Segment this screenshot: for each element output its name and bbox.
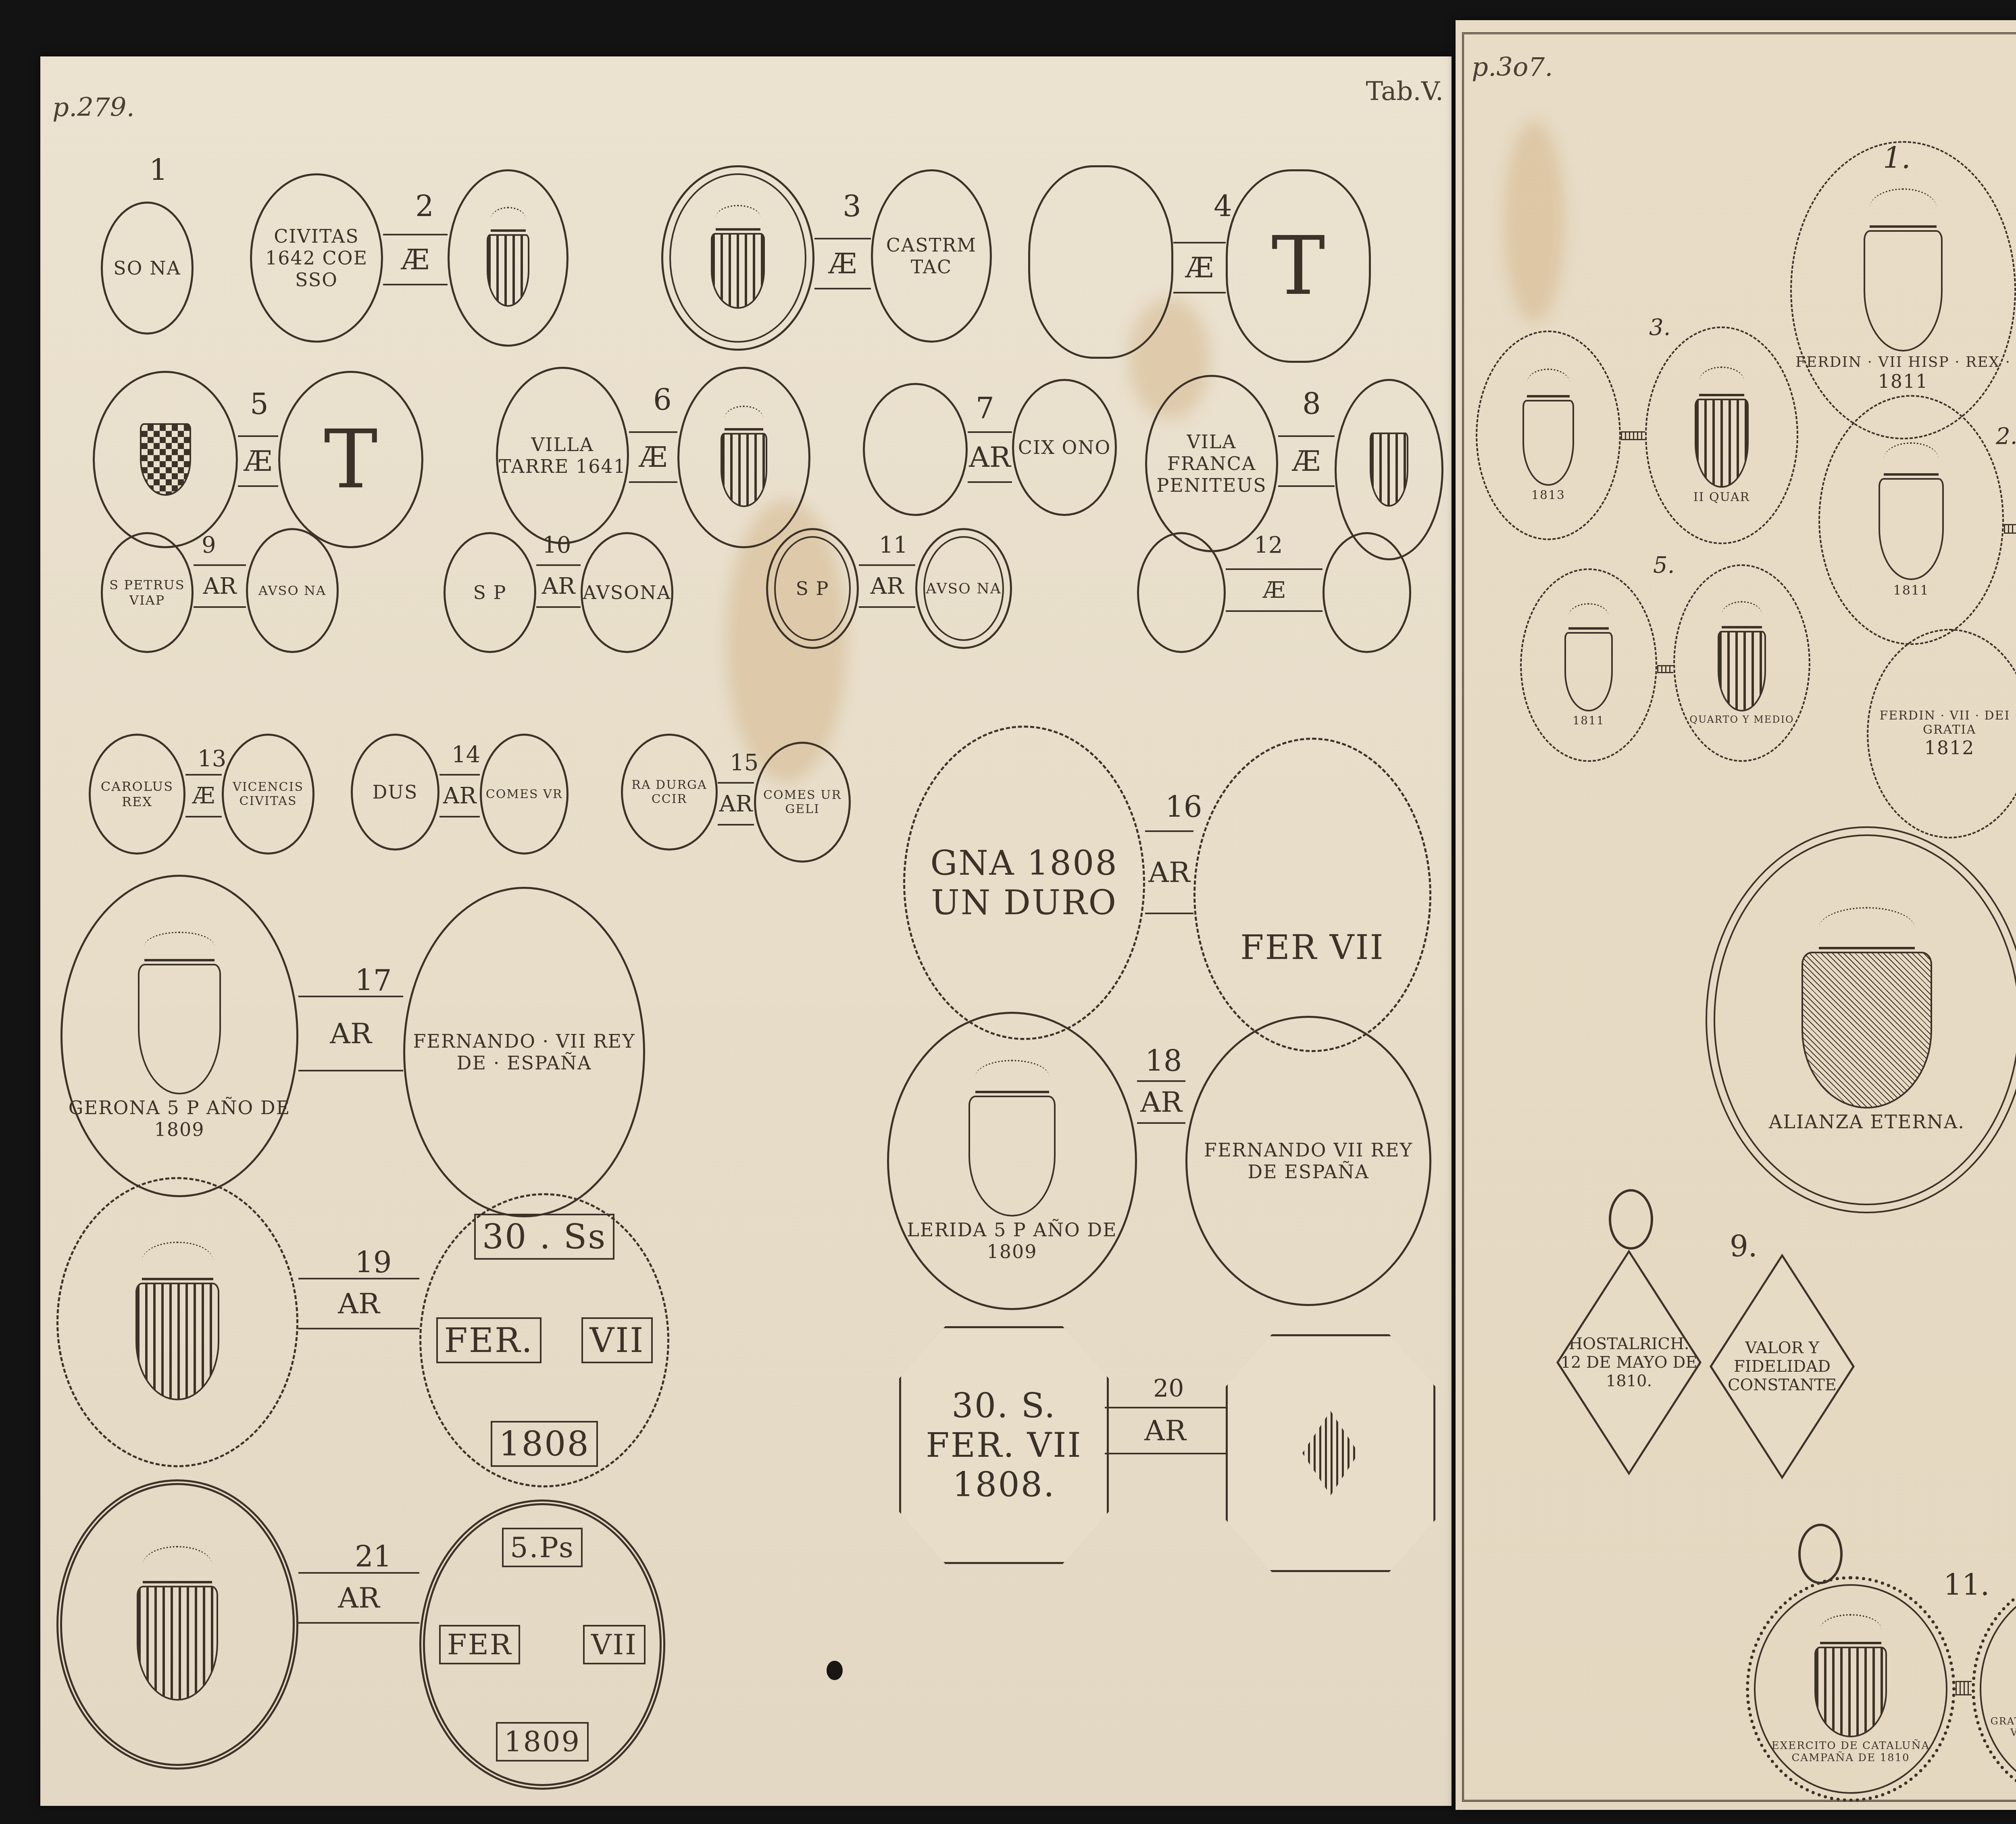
metal-bridge: Æ	[383, 234, 448, 285]
coin-5-reverse: T	[278, 371, 423, 548]
coin-11-reverse: AVSO NA	[915, 528, 1012, 649]
coin-11-obverse: S P	[766, 528, 859, 649]
coin-21-reverse: 5.Ps FERVII 1809	[419, 1500, 665, 1790]
coin-18-reverse: FERNANDO VII REY DE ESPAÑA	[1185, 1016, 1431, 1306]
coin-13-obverse: CAROLUS REX	[89, 734, 185, 855]
coin-6-reverse	[677, 367, 810, 548]
left-plate-sheet: p.279. Tab.V. 1 SO NA CIVITAS 1642 COE S…	[40, 56, 1452, 1806]
coin-1: SO NA	[101, 202, 194, 335]
item-number: 1	[149, 153, 168, 187]
item-number: 5	[250, 387, 269, 421]
item-number: 15	[730, 750, 758, 776]
coin-3-obverse	[661, 165, 814, 351]
medal-2-obverse: 1811	[1818, 395, 2004, 645]
item-number: 3	[843, 189, 861, 223]
coin-link	[2004, 524, 2016, 534]
coin-6-obverse: VILLA TARRE 1641	[496, 367, 629, 544]
coin-link	[1657, 665, 1673, 673]
item-number: 17	[355, 963, 392, 997]
item-number: 6	[653, 383, 672, 417]
coin-3-reverse: CASTRM TAC	[871, 169, 992, 343]
item-number: 18	[1145, 1044, 1182, 1078]
coin-17-reverse: FERNANDO · VII REY DE · ESPAÑA	[403, 887, 645, 1217]
medal-8-obverse: ALIANZA ETERNA.	[1706, 826, 2016, 1213]
item-number: 14	[452, 742, 480, 768]
medal-3-obverse: 1813	[1476, 331, 1621, 540]
metal-bridge: Æ	[1173, 242, 1226, 293]
item-number: 13	[198, 746, 226, 772]
coin-17-obverse: GERONA 5 P AÑO DE 1809	[60, 875, 298, 1197]
item-number: 3.	[1649, 314, 1670, 341]
coin-15-obverse: RA DURGA CCIR	[621, 734, 718, 851]
paper-hole	[827, 1661, 843, 1680]
medal-5-obverse: 1811	[1520, 568, 1657, 762]
medal-3-reverse: II QUAR	[1645, 327, 1798, 544]
item-number: 5.	[1653, 552, 1674, 578]
coin-9-reverse: AVSO NA	[246, 528, 339, 653]
medal-5-reverse: QUARTO Y MEDIO	[1673, 564, 1810, 762]
coin-19-reverse: 30 . Ss FER.VII 1808	[419, 1193, 669, 1487]
metal-bridge: AR	[298, 1278, 419, 1329]
coin-16-reverse: FER VII	[1193, 738, 1431, 1052]
metal-bridge: Æ	[629, 431, 677, 483]
coin-10-obverse: S P	[444, 532, 536, 653]
coin-7-reverse: CIX ONO	[1012, 379, 1117, 516]
coin-8-obverse: VILA FRANCA PENITEUS	[1145, 375, 1278, 552]
coin-15-reverse: COMES UR GELI	[754, 742, 851, 863]
metal-bridge: AR	[1137, 1080, 1185, 1124]
metal-bridge: AR	[718, 782, 754, 826]
metal-bridge: AR	[439, 774, 480, 817]
coin-2-obverse: CIVITAS 1642 COE SSO	[250, 173, 383, 343]
metal-bridge: AR	[968, 431, 1012, 483]
coin-20-obverse: 30. S. FER. VII 1808.	[899, 1326, 1109, 1564]
coin-link	[1956, 1681, 1972, 1695]
coin-7-obverse	[863, 383, 968, 516]
coin-2-reverse	[448, 169, 569, 347]
coin-5-obverse	[93, 371, 238, 548]
coin-10-reverse: AVSONA	[581, 532, 673, 653]
metal-bridge: Æ	[238, 435, 278, 487]
metal-bridge: AR	[298, 996, 403, 1071]
item-number: 4	[1214, 189, 1232, 223]
coin-12-obverse	[1137, 532, 1226, 653]
coin-19-obverse	[56, 1177, 298, 1467]
item-number: 2.	[1996, 423, 2016, 449]
metal-bridge: AR	[298, 1572, 419, 1624]
item-number: 21	[355, 1540, 392, 1574]
item-number: 7	[976, 391, 994, 425]
item-number: 16	[1165, 790, 1202, 824]
coin-4-obverse	[1028, 165, 1173, 359]
item-number: 8	[1302, 387, 1321, 421]
coin-12-reverse	[1322, 532, 1411, 653]
item-number: 11.	[1943, 1568, 1990, 1602]
coin-4-reverse: T	[1226, 169, 1371, 363]
coin-21-obverse	[56, 1479, 298, 1770]
metal-bridge: AR	[194, 564, 246, 608]
page-reference: p.3o7.	[1472, 52, 1553, 82]
coin-14-obverse: DUS	[351, 734, 439, 851]
coin-16-obverse: GNA 1808 UN DURO	[903, 726, 1145, 1040]
medal-1-obverse: FERDIN · VII HISP · REX · 1811	[1790, 141, 2016, 439]
coin-8-reverse	[1335, 379, 1443, 560]
coin-18-obverse: LERIDA 5 P AÑO DE 1809	[887, 1012, 1137, 1310]
metal-bridge: AR	[1105, 1407, 1226, 1454]
coin-13-reverse: VICENCIS CIVITAS	[222, 734, 314, 855]
right-plate-sheet: p.3o7. Tab. VII. 1. FERDIN · VII HISP · …	[1456, 20, 2016, 1810]
plate-label: Tab.V.	[1366, 77, 1443, 106]
coin-14-reverse: COMES VR	[480, 734, 569, 855]
item-number: 9	[202, 532, 216, 558]
metal-bridge: Æ	[1278, 435, 1335, 487]
medal-9-ring	[1609, 1189, 1653, 1250]
item-number: 2	[415, 189, 434, 223]
item-number: 11	[879, 532, 908, 558]
item-number: 20	[1153, 1375, 1184, 1403]
page-reference: p.279.	[52, 93, 135, 123]
metal-bridge: Æ	[185, 774, 222, 817]
item-number: 12	[1254, 532, 1283, 558]
metal-bridge: Æ	[814, 238, 871, 289]
coin-link	[1621, 431, 1645, 440]
item-number: 19	[355, 1246, 392, 1279]
medal-11-obverse: EXERCITO DE CATALUÑA CAMPAÑA DE 1810	[1746, 1576, 1956, 1802]
coin-20-reverse	[1226, 1334, 1435, 1572]
metal-bridge: AR	[536, 564, 581, 608]
medal-11-ring	[1798, 1524, 1843, 1584]
item-number: 10	[542, 532, 571, 558]
metal-bridge: AR	[859, 564, 915, 608]
item-number: 9.	[1730, 1229, 1758, 1263]
metal-bridge: Æ	[1226, 568, 1322, 612]
metal-bridge: AR	[1145, 830, 1193, 914]
coin-9-obverse: S PETRUS VIAP	[101, 532, 194, 653]
